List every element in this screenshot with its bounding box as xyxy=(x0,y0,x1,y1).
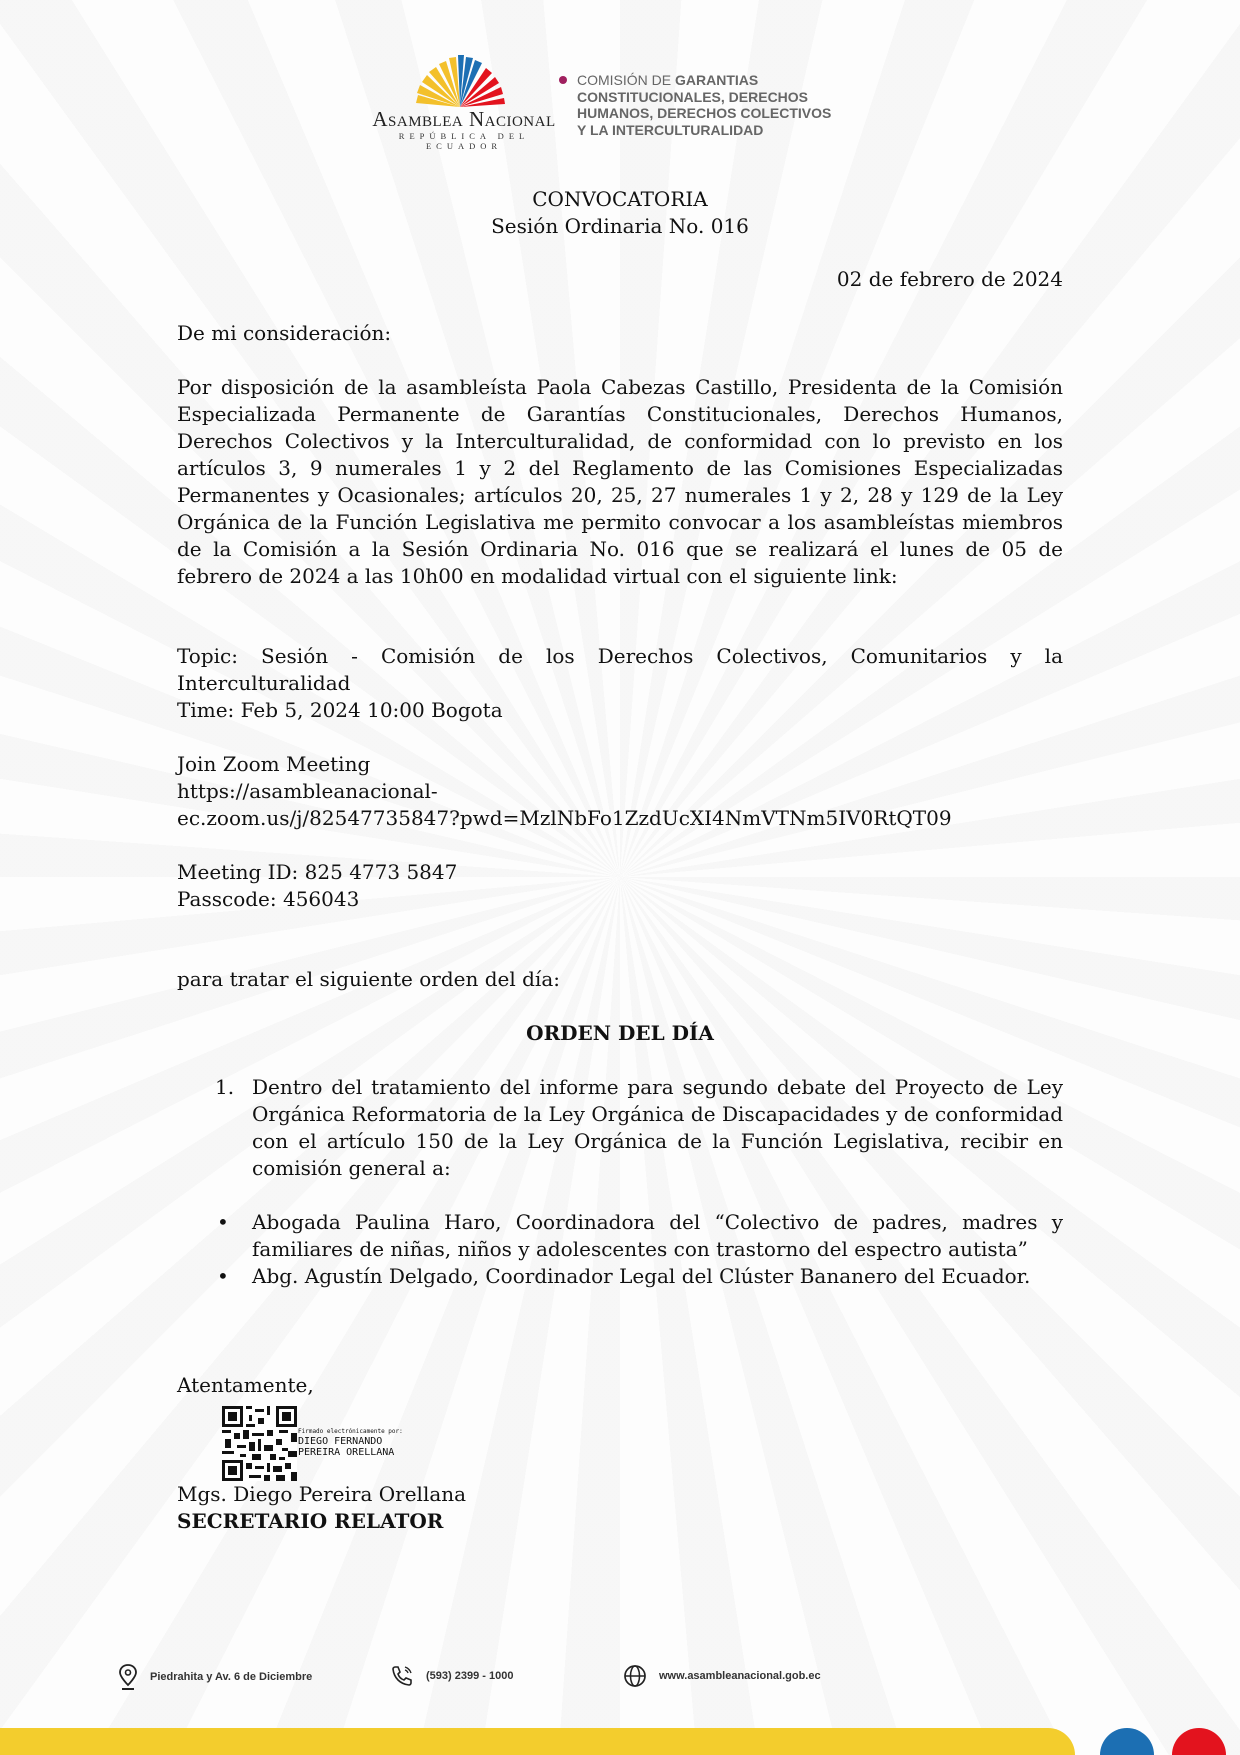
footer-red-semicircle xyxy=(1172,1728,1226,1755)
letterhead: Asamblea Nacional REPÚBLICA DEL ECUADOR … xyxy=(355,55,895,145)
document-title: CONVOCATORIA Sesión Ordinaria No. 016 xyxy=(177,186,1063,240)
agenda-item-number: 1. xyxy=(215,1074,234,1101)
convocation-paragraph: Por disposición de la asambleísta Paola … xyxy=(177,374,1063,590)
agenda-title: ORDEN DEL DÍA xyxy=(177,1020,1063,1047)
passcode: Passcode: 456043 xyxy=(177,886,1063,913)
zoom-join-block: Join Zoom Meeting https://asambleanacion… xyxy=(177,751,1063,832)
qr-code-icon[interactable] xyxy=(222,1406,297,1481)
agenda-list: 1. Dentro del tratamiento del informe pa… xyxy=(177,1074,1063,1182)
join-label: Join Zoom Meeting xyxy=(177,751,1063,778)
greeting: De mi consideración: xyxy=(177,320,1063,347)
signed-label: Firmado electrónicamente por: xyxy=(298,1428,403,1436)
signed-name-line-1: DIEGO FERNANDO xyxy=(298,1436,403,1447)
footer: Piedrahita y Av. 6 de Diciembre (593) 23… xyxy=(118,1660,878,1690)
bullet-dot-icon xyxy=(559,76,567,84)
agenda-intro: para tratar el siguiente orden del día: xyxy=(177,966,1063,993)
guest-text: Abogada Paulina Haro, Coordinadora del “… xyxy=(252,1210,1063,1261)
asamblea-logo: Asamblea Nacional REPÚBLICA DEL ECUADOR xyxy=(355,55,570,145)
logo-subtitle: REPÚBLICA DEL ECUADOR xyxy=(359,131,569,151)
agenda-item: 1. Dentro del tratamiento del informe pa… xyxy=(177,1074,1063,1182)
closing: Atentamente, xyxy=(177,1372,1063,1399)
signer-name: Mgs. Diego Pereira Orellana xyxy=(177,1481,1063,1508)
signed-name-line-2: PEREIRA ORELLANA xyxy=(298,1447,403,1458)
commission-name: COMISIÓN DE GARANTIAS CONSTITUCIONALES, … xyxy=(577,72,897,138)
logo-name: Asamblea Nacional xyxy=(359,107,569,132)
title: CONVOCATORIA xyxy=(177,186,1063,213)
guest-text: Abg. Agustín Delgado, Coordinador Legal … xyxy=(252,1264,1030,1288)
fan-emblem-icon xyxy=(410,55,510,110)
bullet-icon: • xyxy=(217,1263,229,1290)
meeting-topic-block: Topic: Sesión - Comisión de los Derechos… xyxy=(177,643,1063,724)
meeting-credentials: Meeting ID: 825 4773 5847 Passcode: 4560… xyxy=(177,859,1063,913)
footer-phone: (593) 2399 - 1000 xyxy=(390,1664,513,1688)
zoom-link-line-2[interactable]: ec.zoom.us/j/82547735847?pwd=MzlNbFo1Zzd… xyxy=(177,805,1063,832)
agenda-item-text: Dentro del tratamiento del informe para … xyxy=(252,1075,1063,1180)
globe-icon xyxy=(623,1664,647,1688)
meeting-topic: Topic: Sesión - Comisión de los Derechos… xyxy=(177,643,1063,697)
bullet-icon: • xyxy=(217,1209,229,1236)
signer-role: SECRETARIO RELATOR xyxy=(177,1508,1063,1535)
map-pin-icon xyxy=(118,1664,138,1690)
meeting-id: Meeting ID: 825 4773 5847 xyxy=(177,859,1063,886)
footer-address: Piedrahita y Av. 6 de Diciembre xyxy=(118,1664,312,1690)
document-date: 02 de febrero de 2024 xyxy=(177,266,1063,293)
meeting-time: Time: Feb 5, 2024 10:00 Bogota xyxy=(177,697,1063,724)
electronic-signature: Firmado electrónicamente por: DIEGO FERN… xyxy=(222,1406,472,1482)
footer-website: www.asambleanacional.gob.ec xyxy=(623,1664,821,1688)
footer-yellow-band xyxy=(0,1728,1075,1755)
phone-text: (593) 2399 - 1000 xyxy=(426,1670,513,1682)
session-subtitle: Sesión Ordinaria No. 016 xyxy=(177,213,1063,240)
guest-item: • Abg. Agustín Delgado, Coordinador Lega… xyxy=(177,1263,1063,1290)
guest-list: • Abogada Paulina Haro, Coordinadora del… xyxy=(177,1209,1063,1290)
website-link[interactable]: www.asambleanacional.gob.ec xyxy=(659,1670,821,1682)
zoom-link-line-1[interactable]: https://asambleanacional- xyxy=(177,778,1063,805)
footer-blue-semicircle xyxy=(1100,1728,1154,1755)
phone-icon xyxy=(390,1664,414,1688)
guest-item: • Abogada Paulina Haro, Coordinadora del… xyxy=(177,1209,1063,1263)
address-text: Piedrahita y Av. 6 de Diciembre xyxy=(150,1671,312,1683)
signature-text: Firmado electrónicamente por: DIEGO FERN… xyxy=(298,1428,403,1458)
